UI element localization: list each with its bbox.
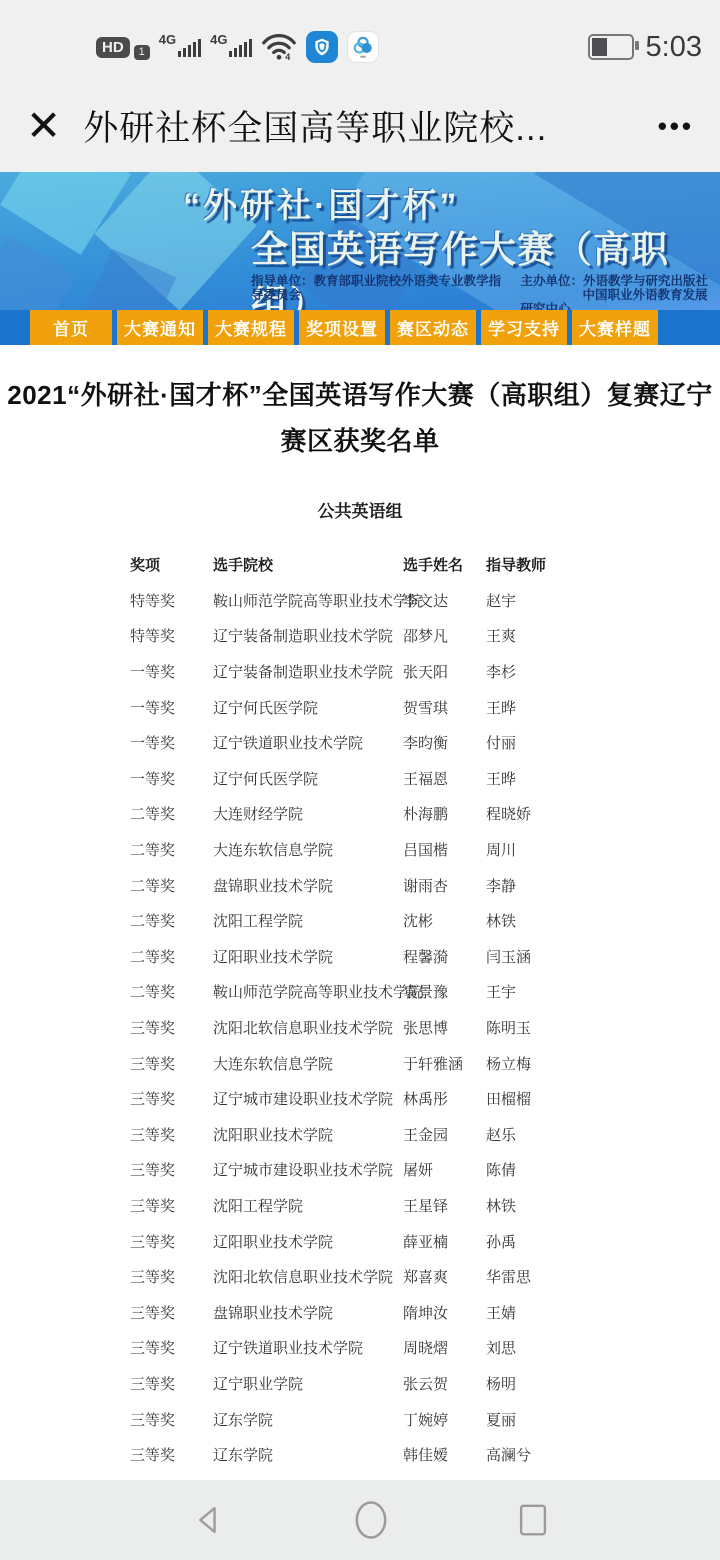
table-cell: 王星铎 [403,1195,486,1216]
table-row: 三等奖辽宁铁道职业技术学院周晓熠刘思 [130,1330,720,1366]
table-cell: 辽宁装备制造职业技术学院 [213,661,403,682]
network-type-label: 4G [210,32,227,47]
table-cell: 沈阳工程学院 [213,1195,403,1216]
table-cell: 赵宇 [486,590,596,611]
table-cell: 三等奖 [130,1195,213,1216]
table-cell: 辽宁装备制造职业技术学院 [213,625,403,646]
table-cell: 王爽 [486,625,596,646]
table-cell: 二等奖 [130,946,213,967]
table-row: 三等奖沈阳工程学院王星铎林铁 [130,1188,720,1224]
webpage-title: 外研社杯全国高等职业院校... [83,101,657,151]
table-cell: 沈阳职业技术学院 [213,1124,403,1145]
table-row: 二等奖辽阳职业技术学院程馨漪闫玉涵 [130,939,720,975]
table-cell: 辽宁铁道职业技术学院 [213,732,403,753]
table-cell: 邵梦凡 [403,625,486,646]
nav-item-3[interactable]: 大赛规程 [208,310,294,345]
table-cell: 李文达 [403,590,486,611]
site-nav-bar: 首页大赛通知大赛规程奖项设置赛区动态学习支持大赛样题 [0,310,720,345]
table-cell: 二等奖 [130,910,213,931]
table-cell: 辽东学院 [213,1409,403,1430]
table-cell: 大连东软信息学院 [213,839,403,860]
recents-button[interactable] [514,1499,552,1541]
status-time: 5:03 [646,31,702,64]
table-row: 三等奖盘锦职业技术学院隋坤汝王婧 [130,1294,720,1330]
table-row: 一等奖辽宁何氏医学院贺雪琪王晔 [130,689,720,725]
phone-screen: HD 1 4G 4G [0,0,720,1560]
signal-strength-icon-sim2: 4G [210,35,252,59]
nav-item-4[interactable]: 奖项设置 [299,310,385,345]
table-cell: 李静 [486,875,596,896]
network-type-label: 4G [159,32,176,47]
battery-fill [592,38,607,56]
table-cell: 陈明玉 [486,1017,596,1038]
table-cell: 朴海鹏 [403,803,486,824]
table-cell: 大连东软信息学院 [213,1053,403,1074]
table-cell: 周川 [486,839,596,860]
table-cell: 王福恩 [403,768,486,789]
table-row: 三等奖沈阳北软信息职业技术学院张思博陈明玉 [130,1010,720,1046]
table-cell: 辽宁城市建设职业技术学院 [213,1088,403,1109]
table-cell: 付丽 [486,732,596,753]
table-cell: 盘锦职业技术学院 [213,875,403,896]
wifi-icon: 4 [261,33,297,61]
table-cell: 三等奖 [130,1231,213,1252]
hd-icon: HD [96,37,130,58]
table-row: 三等奖辽宁城市建设职业技术学院屠妍陈倩 [130,1152,720,1188]
table-cell: 沈阳工程学院 [213,910,403,931]
browser-title-bar: ✕ 外研社杯全国高等职业院校... ••• [0,80,720,172]
table-cell: 三等奖 [130,1373,213,1394]
table-cell: 二等奖 [130,839,213,860]
awards-table: 奖项选手院校选手姓名指导教师特等奖鞍山师范学院高等职业技术学院李文达赵宇特等奖辽… [130,547,720,1472]
table-cell: 王宇 [486,981,596,1002]
table-row: 三等奖沈阳职业技术学院王金园赵乐 [130,1117,720,1153]
table-cell: 吕国楷 [403,839,486,860]
table-cell: 沈阳北软信息职业技术学院 [213,1266,403,1287]
nav-item-6[interactable]: 学习支持 [481,310,567,345]
table-row: 三等奖辽宁职业学院张云贺杨明 [130,1366,720,1402]
table-cell: 辽宁何氏医学院 [213,697,403,718]
table-cell: 王金园 [403,1124,486,1145]
table-cell: 程晓娇 [486,803,596,824]
guide-unit-text: 指导单位：教育部职业院校外语类专业教学指导委员会 [251,274,504,310]
nav-item-5[interactable]: 赛区动态 [390,310,476,345]
table-cell: 三等奖 [130,1266,213,1287]
table-row: 三等奖辽阳职业技术学院薛亚楠孙禹 [130,1223,720,1259]
table-cell: 辽宁何氏医学院 [213,768,403,789]
nav-item-2[interactable]: 大赛通知 [117,310,203,345]
table-cell: 华雷思 [486,1266,596,1287]
table-cell: 特等奖 [130,590,213,611]
table-row: 三等奖沈阳北软信息职业技术学院郑喜爽华雷思 [130,1259,720,1295]
table-row: 二等奖大连东软信息学院吕国楷周川 [130,832,720,868]
table-cell: 周晓熠 [403,1337,486,1358]
table-cell: 张天阳 [403,661,486,682]
table-cell: 田榴榴 [486,1088,596,1109]
banner-organizers: 指导单位：教育部职业院校外语类专业教学指导委员会 主办单位：外语教学与研究出版社… [251,274,720,310]
clover-app-icon [347,31,379,63]
table-cell: 三等奖 [130,1088,213,1109]
table-cell: 薛亚楠 [403,1231,486,1252]
table-cell: 刘思 [486,1337,596,1358]
table-cell: 于轩雅涵 [403,1053,486,1074]
host-unit-text: 主办单位：外语教学与研究出版社 中国职业外语教育发展研究中心 [521,274,720,310]
table-cell: 袁景豫 [403,981,486,1002]
table-cell: 辽阳职业技术学院 [213,946,403,967]
status-icons-left: HD 1 4G 4G [96,31,379,63]
table-row: 一等奖辽宁装备制造职业技术学院张天阳李杉 [130,654,720,690]
table-cell: 三等奖 [130,1444,213,1465]
security-shield-app-icon [306,31,338,63]
table-cell: 贺雪琪 [403,697,486,718]
banner-decor-shape [0,235,77,310]
table-cell: 沈阳北软信息职业技术学院 [213,1017,403,1038]
table-header-cell: 选手院校 [213,554,403,575]
table-cell: 杨明 [486,1373,596,1394]
more-menu-icon[interactable]: ••• [658,111,694,142]
table-cell: 韩佳嫒 [403,1444,486,1465]
table-cell: 一等奖 [130,697,213,718]
table-row: 三等奖辽宁城市建设职业技术学院林禹彤田榴榴 [130,1081,720,1117]
table-cell: 二等奖 [130,875,213,896]
close-icon[interactable]: ✕ [26,105,61,147]
table-row: 特等奖辽宁装备制造职业技术学院邵梦凡王爽 [130,618,720,654]
table-cell: 辽宁职业学院 [213,1373,403,1394]
table-cell: 沈彬 [403,910,486,931]
sim1-icon: 1 [134,45,150,60]
table-cell: 二等奖 [130,981,213,1002]
table-cell: 林铁 [486,1195,596,1216]
table-row: 二等奖鞍山师范学院高等职业技术学院袁景豫王宇 [130,974,720,1010]
table-cell: 林铁 [486,910,596,931]
table-row: 三等奖辽东学院丁婉婷夏丽 [130,1401,720,1437]
table-row: 一等奖辽宁何氏医学院王福恩王晔 [130,761,720,797]
table-cell: 三等奖 [130,1124,213,1145]
signal-strength-icon-sim1: 4G [159,35,201,59]
table-cell: 郑喜爽 [403,1266,486,1287]
table-cell: 李杉 [486,661,596,682]
table-row: 二等奖盘锦职业技术学院谢雨杏李静 [130,867,720,903]
table-cell: 王晔 [486,768,596,789]
table-cell: 三等奖 [130,1302,213,1323]
table-cell: 一等奖 [130,768,213,789]
table-cell: 闫玉涵 [486,946,596,967]
table-cell: 赵乐 [486,1124,596,1145]
table-row: 三等奖大连东软信息学院于轩雅涵杨立梅 [130,1045,720,1081]
table-cell: 李昀衡 [403,732,486,753]
back-button[interactable] [190,1500,228,1540]
table-cell: 辽宁城市建设职业技术学院 [213,1159,403,1180]
table-row: 特等奖鞍山师范学院高等职业技术学院李文达赵宇 [130,583,720,619]
competition-banner: “外研社·国才杯” 全国英语写作大赛（高职组） 指导单位：教育部职业院校外语类专… [0,172,720,310]
table-cell: 谢雨杏 [403,875,486,896]
table-cell: 盘锦职业技术学院 [213,1302,403,1323]
signal-bars-icon [177,35,201,59]
table-cell: 二等奖 [130,803,213,824]
table-cell: 王婧 [486,1302,596,1323]
table-cell: 三等奖 [130,1337,213,1358]
android-nav-bar [0,1480,720,1560]
table-cell: 夏丽 [486,1409,596,1430]
table-cell: 高澜兮 [486,1444,596,1465]
table-cell: 鞍山师范学院高等职业技术学院 [213,981,403,1002]
table-cell: 辽阳职业技术学院 [213,1231,403,1252]
table-cell: 张思博 [403,1017,486,1038]
table-cell: 丁婉婷 [403,1409,486,1430]
table-cell: 辽宁铁道职业技术学院 [213,1337,403,1358]
table-cell: 鞍山师范学院高等职业技术学院 [213,590,403,611]
table-header-cell: 选手姓名 [403,554,486,575]
table-cell: 三等奖 [130,1017,213,1038]
table-cell: 大连财经学院 [213,803,403,824]
home-button[interactable] [351,1498,391,1542]
table-row: 二等奖沈阳工程学院沈彬林铁 [130,903,720,939]
table-cell: 屠妍 [403,1159,486,1180]
table-row: 二等奖大连财经学院朴海鹏程晓娇 [130,796,720,832]
table-row: 一等奖辽宁铁道职业技术学院李昀衡付丽 [130,725,720,761]
svg-text:4: 4 [286,52,291,61]
table-cell: 张云贺 [403,1373,486,1394]
table-cell: 隋坤汝 [403,1302,486,1323]
table-cell: 一等奖 [130,661,213,682]
status-icons-right: 5:03 [588,31,702,64]
battery-icon [588,34,634,60]
award-list-title: 2021“外研社·国才杯”全国英语写作大赛（高职组）复赛辽宁 赛区获奖名单 [0,345,720,464]
table-cell: 一等奖 [130,732,213,753]
status-bar: HD 1 4G 4G [0,0,720,80]
table-cell: 特等奖 [130,625,213,646]
table-cell: 程馨漪 [403,946,486,967]
table-cell: 杨立梅 [486,1053,596,1074]
table-cell: 辽东学院 [213,1444,403,1465]
nav-item-1[interactable]: 首页 [30,310,112,345]
group-title: 公共英语组 [0,497,720,522]
nav-item-7[interactable]: 大赛样题 [572,310,658,345]
table-cell: 陈倩 [486,1159,596,1180]
table-header-cell: 奖项 [130,554,213,575]
signal-bars-icon [228,35,252,59]
table-cell: 孙禹 [486,1231,596,1252]
table-cell: 三等奖 [130,1409,213,1430]
table-row: 三等奖辽东学院韩佳嫒高澜兮 [130,1437,720,1473]
table-header-row: 奖项选手院校选手姓名指导教师 [130,547,720,583]
table-cell: 林禹彤 [403,1088,486,1109]
table-cell: 三等奖 [130,1053,213,1074]
table-cell: 三等奖 [130,1159,213,1180]
table-cell: 王晔 [486,697,596,718]
page-content: 2021“外研社·国才杯”全国英语写作大赛（高职组）复赛辽宁 赛区获奖名单 公共… [0,345,720,1480]
table-header-cell: 指导教师 [486,554,596,575]
